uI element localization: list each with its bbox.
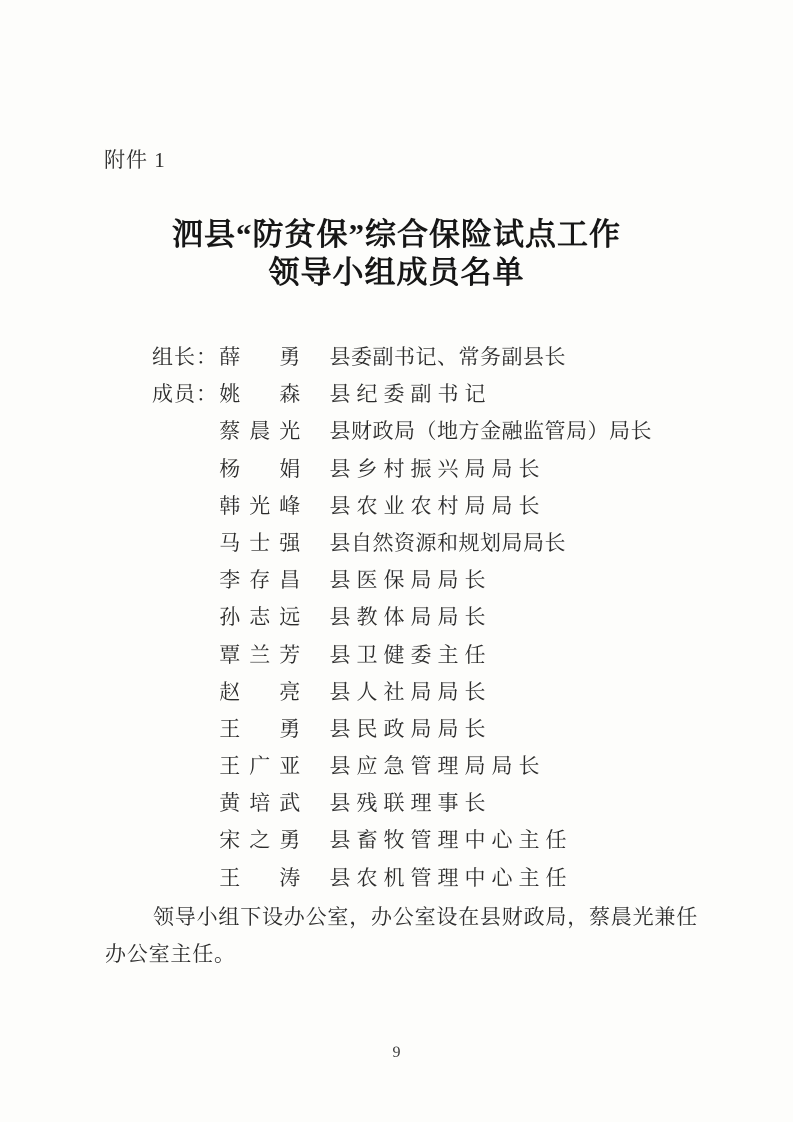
member-name: 马士强 <box>219 525 300 562</box>
member-role: 县纪委副书记 <box>330 382 492 406</box>
roster-row: 孙志远 县教体局局长 <box>0 599 793 636</box>
member-role: 县委副书记、常务副县长 <box>330 345 567 369</box>
roster-row: 马士强 县自然资源和规划局局长 <box>0 525 793 562</box>
member-name: 黄培武 <box>219 785 300 822</box>
member-name: 赵 亮 <box>219 674 300 711</box>
member-role: 县自然资源和规划局局长 <box>330 531 567 555</box>
member-name: 李存昌 <box>219 562 300 599</box>
member-role: 县卫健委主任 <box>330 643 492 667</box>
member-name: 韩光峰 <box>219 488 300 525</box>
roster-row: 蔡晨光 县财政局（地方金融监管局）局长 <box>0 413 793 450</box>
member-name: 覃兰芳 <box>219 637 300 674</box>
roster-row: 杨 娟 县乡村振兴局局长 <box>0 451 793 488</box>
document-title: 泗县“防贫保”综合保险试点工作 领导小组成员名单 <box>0 216 793 292</box>
roster-row: 王 涛 县农机管理中心主任 <box>0 860 793 897</box>
page-number: 9 <box>0 1044 793 1062</box>
roster-row: 李存昌 县医保局局长 <box>0 562 793 599</box>
member-name: 王广亚 <box>219 748 300 785</box>
roster-row: 韩光峰 县农业农村局局长 <box>0 488 793 525</box>
closing-line2: 办公室主任。 <box>105 936 695 973</box>
member-name: 王 涛 <box>219 860 300 897</box>
member-role: 县医保局局长 <box>330 568 492 592</box>
roster-row: 成员： 姚 森 县纪委副书记 <box>0 376 793 413</box>
member-name: 姚 森 <box>219 376 300 413</box>
roster-row-label: 成员： <box>152 376 214 413</box>
member-name: 杨 娟 <box>219 451 300 488</box>
member-role: 县乡村振兴局局长 <box>330 457 546 481</box>
member-name: 宋之勇 <box>219 822 300 859</box>
member-role: 县教体局局长 <box>330 605 492 629</box>
member-name: 王 勇 <box>219 711 300 748</box>
member-role: 县畜牧管理中心主任 <box>330 828 573 852</box>
member-role: 县民政局局长 <box>330 717 492 741</box>
roster-row: 组长： 薛 勇 县委副书记、常务副县长 <box>0 339 793 376</box>
roster-row: 王广亚 县应急管理局局长 <box>0 748 793 785</box>
document-title-line1: 泗县“防贫保”综合保险试点工作 <box>0 216 793 254</box>
roster-row: 宋之勇 县畜牧管理中心主任 <box>0 822 793 859</box>
member-role: 县应急管理局局长 <box>330 754 546 778</box>
member-name: 薛 勇 <box>219 339 300 376</box>
member-role: 县人社局局长 <box>330 680 492 704</box>
member-role: 县财政局（地方金融监管局）局长 <box>330 419 653 443</box>
roster-row: 覃兰芳 县卫健委主任 <box>0 637 793 674</box>
member-role: 县农业农村局局长 <box>330 494 546 518</box>
member-role: 县农机管理中心主任 <box>330 866 573 890</box>
roster-row: 赵 亮 县人社局局长 <box>0 674 793 711</box>
closing-paragraph: 领导小组下设办公室，办公室设在县财政局，蔡晨光兼任 办公室主任。 <box>105 899 695 973</box>
member-name: 孙志远 <box>219 599 300 636</box>
document-page: 附件 1 泗县“防贫保”综合保险试点工作 领导小组成员名单 组长： 薛 勇 县委… <box>0 0 793 1122</box>
attachment-label: 附件 1 <box>104 146 166 174</box>
roster-row: 王 勇 县民政局局长 <box>0 711 793 748</box>
roster-list: 组长： 薛 勇 县委副书记、常务副县长 成员： 姚 森 县纪委副书记 蔡晨光 县… <box>0 339 793 897</box>
roster-row: 黄培武 县残联理事长 <box>0 785 793 822</box>
roster-row-label: 组长： <box>152 339 214 376</box>
member-name: 蔡晨光 <box>219 413 300 450</box>
document-title-line2: 领导小组成员名单 <box>0 254 793 292</box>
closing-line1: 领导小组下设办公室，办公室设在县财政局，蔡晨光兼任 <box>105 899 695 936</box>
member-role: 县残联理事长 <box>330 791 492 815</box>
